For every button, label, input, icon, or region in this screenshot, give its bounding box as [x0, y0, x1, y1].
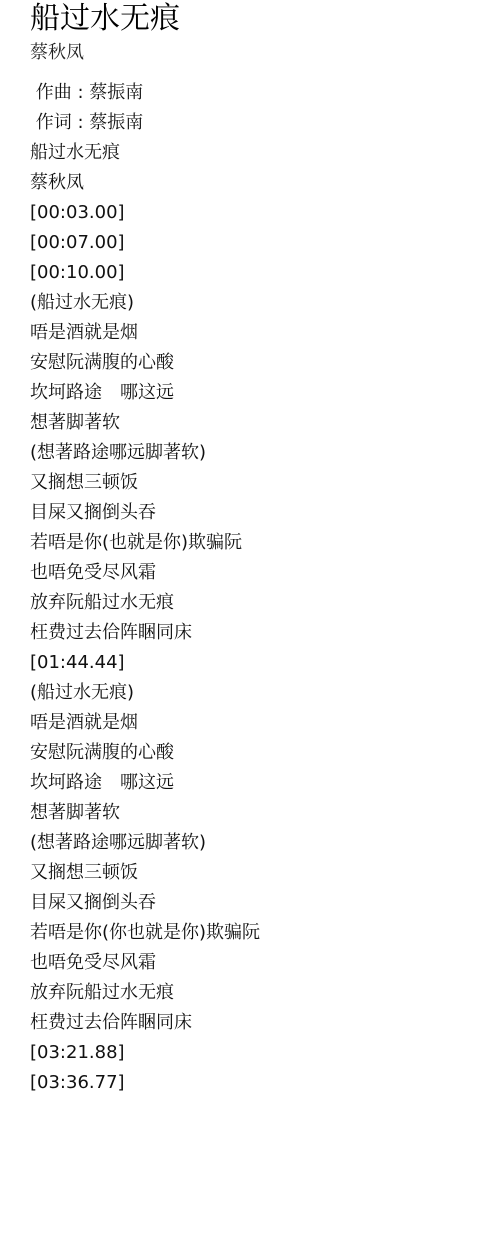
- lyric-line: 安慰阮满腹的心酸: [30, 348, 260, 378]
- lyric-line: 也唔免受尽风霜: [30, 558, 260, 588]
- lyric-timestamp: [01:44.44]: [30, 648, 260, 678]
- song-artist: 蔡秋凤: [30, 41, 84, 65]
- lyric-timestamp: [00:07.00]: [30, 228, 260, 258]
- song-title: 船过水无痕: [30, 1, 180, 37]
- lyric-line: 唔是酒就是烟: [30, 318, 260, 348]
- lyric-line: 又搁想三顿饭: [30, 858, 260, 888]
- lyric-timestamp: [00:10.00]: [30, 258, 260, 288]
- lyric-line: 若唔是你(你也就是你)欺骗阮: [30, 918, 260, 948]
- lyrics-list: 作曲 : 蔡振南 作词 : 蔡振南 船过水无痕 蔡秋凤 [00:03.00] […: [30, 78, 260, 1098]
- lyric-timestamp: [03:21.88]: [30, 1038, 260, 1068]
- lyric-line: 唔是酒就是烟: [30, 708, 260, 738]
- lyric-line: 作曲 : 蔡振南: [30, 78, 260, 108]
- lyric-line: 蔡秋凤: [30, 168, 260, 198]
- lyric-line: (船过水无痕): [30, 678, 260, 708]
- lyric-line: 放弃阮船过水无痕: [30, 978, 260, 1008]
- lyric-line: 目屎又搁倒头吞: [30, 888, 260, 918]
- lyric-line: 放弃阮船过水无痕: [30, 588, 260, 618]
- lyric-line: (想著路途哪远脚著软): [30, 438, 260, 468]
- lyric-timestamp: [03:36.77]: [30, 1068, 260, 1098]
- lyric-line: 枉费过去佮阵睏同床: [30, 1008, 260, 1038]
- lyric-timestamp: [00:03.00]: [30, 198, 260, 228]
- lyric-line: (船过水无痕): [30, 288, 260, 318]
- lyric-line: 又搁想三顿饭: [30, 468, 260, 498]
- lyric-line: 想著脚著软: [30, 798, 260, 828]
- lyric-line: 也唔免受尽风霜: [30, 948, 260, 978]
- lyric-line: (想著路途哪远脚著软): [30, 828, 260, 858]
- lyric-line: 枉费过去佮阵睏同床: [30, 618, 260, 648]
- lyric-line: 安慰阮满腹的心酸: [30, 738, 260, 768]
- lyric-line: 若唔是你(也就是你)欺骗阮: [30, 528, 260, 558]
- lyric-line: 坎坷路途 哪这远: [30, 768, 260, 798]
- lyric-line: 作词 : 蔡振南: [30, 108, 260, 138]
- lyric-line: 想著脚著软: [30, 408, 260, 438]
- lyric-line: 目屎又搁倒头吞: [30, 498, 260, 528]
- lyric-line: 船过水无痕: [30, 138, 260, 168]
- lyric-line: 坎坷路途 哪这远: [30, 378, 260, 408]
